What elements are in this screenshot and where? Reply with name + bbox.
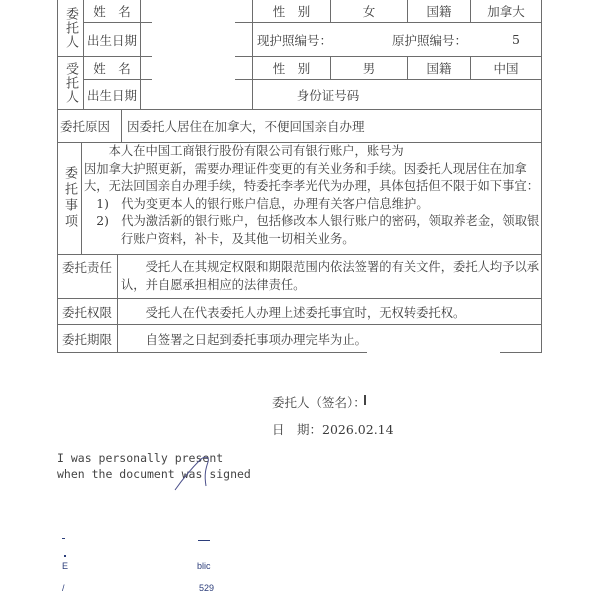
grantor-name-value[interactable] [141, 0, 252, 22]
table-border-right [541, 0, 542, 352]
divider [57, 254, 542, 255]
divider [121, 109, 122, 142]
agent-id-value[interactable] [405, 80, 541, 109]
grantor-name-label: 姓 名 [84, 0, 140, 22]
signer-label: 委托人（签名）： [272, 395, 366, 410]
divider [117, 254, 118, 352]
notary-signature-icon [170, 452, 220, 494]
agent-birth-label: 出生日期 [84, 80, 140, 109]
grantor-gender-value[interactable]: 女 [331, 0, 407, 22]
stamp-mark [198, 540, 210, 541]
reason-text: 因委托人居住在加拿大，不便回国亲自办理 [127, 110, 527, 142]
date-value[interactable]: 2026.02.14 [322, 422, 394, 437]
authority-label: 委托权限 [62, 299, 116, 324]
stamp-mark [64, 555, 66, 557]
notary-line: when the document was signed [57, 467, 251, 483]
current-passport-value[interactable] [330, 23, 390, 56]
current-passport-label: 现护照编号： [257, 23, 327, 56]
responsibility-text: 受托人在其规定权限和期限范围内依法签署的有关文件，委托人均予以承 认，并自愿承担… [121, 259, 541, 294]
matters-text: 本人在中国工商银行股份有限公司有银行账户，账号为 因加拿大护照更新，需要办理证件… [84, 143, 539, 248]
agent-name-label: 姓 名 [84, 57, 140, 79]
matters-line: 因加拿大护照更新，需要办理证件变更的有关业务和手续。因委托人现居住在加拿 [84, 161, 539, 179]
grantor-nationality-label: 国籍 [408, 0, 470, 22]
matters-line: 1) 代为变更本人的银行账户信息，办理有关客户信息维护。 [84, 196, 539, 214]
stamp-mark [62, 538, 65, 539]
stamp-fragment: E [62, 561, 68, 571]
signature-mark [364, 395, 366, 405]
agent-nationality-label: 国籍 [408, 57, 470, 79]
notary-statement: I was personally present when the docume… [57, 451, 251, 482]
table-border-bottom [57, 352, 367, 353]
agent-gender-value[interactable]: 男 [331, 57, 407, 79]
stamp-fragment-text: blic [197, 561, 211, 571]
former-passport-label: 原护照编号： [392, 23, 482, 56]
term-label: 委托期限 [62, 325, 116, 352]
stamp-fragment-number: 529 [199, 583, 214, 593]
stamp-fragment: / [62, 583, 65, 593]
matters-line: 大，无法回国亲自办理手续，特委托李孝光代为办理，具体包括但不限于如下事宜： [84, 178, 539, 196]
grantor-section-label: 委托人 [57, 0, 83, 56]
agent-nationality-value[interactable]: 中国 [471, 57, 541, 79]
grantor-section-text: 委托人 [62, 7, 78, 49]
divider [81, 142, 82, 254]
grantor-birth-label: 出生日期 [84, 23, 140, 56]
matters-line: 本人在中国工商银行股份有限公司有银行账户，账号为 [84, 143, 539, 161]
grantor-gender-label: 性 别 [253, 0, 330, 22]
responsibility-line: 受托人在其规定权限和期限范围内依法签署的有关文件，委托人均予以承 [121, 259, 541, 277]
agent-name-value[interactable] [141, 57, 252, 79]
date-line: 日 期：2026.02.14 [272, 420, 394, 438]
table-border-bottom [500, 352, 542, 353]
grantor-nationality-value[interactable]: 加拿大 [471, 0, 541, 22]
matters-line: 行账户资料，补卡，及其他一切相关业务。 [84, 231, 539, 249]
date-label: 日 期： [272, 422, 322, 437]
responsibility-label: 委托责任 [62, 255, 116, 279]
notary-line: I was personally present [57, 451, 251, 467]
former-passport-value[interactable]: 5 [496, 23, 536, 56]
grantor-birth-value[interactable] [141, 23, 252, 56]
responsibility-line: 认，并自愿承担相应的法律责任。 [121, 277, 541, 295]
agent-gender-label: 性 别 [253, 57, 330, 79]
matters-label: 委托事项 [57, 160, 81, 236]
signer-line: 委托人（签名）： [272, 393, 366, 411]
matters-label-text: 委托事项 [61, 166, 77, 230]
term-text: 自签署之日起到委托事项办理完毕为止。 [121, 325, 531, 352]
matters-line: 2) 代为激活新的银行账户，包括修改本人银行账户的密码，领取养老金，领取银 [84, 213, 539, 231]
agent-id-label: 身份证号码 [253, 80, 403, 109]
authority-text: 受托人在代表委托人办理上述委托事宜时，无权转委托权。 [121, 299, 531, 324]
agent-section-label: 受托人 [57, 57, 83, 109]
reason-label: 委托原因 [60, 110, 120, 142]
agent-birth-value[interactable] [141, 80, 252, 109]
agent-section-text: 受托人 [62, 62, 78, 104]
